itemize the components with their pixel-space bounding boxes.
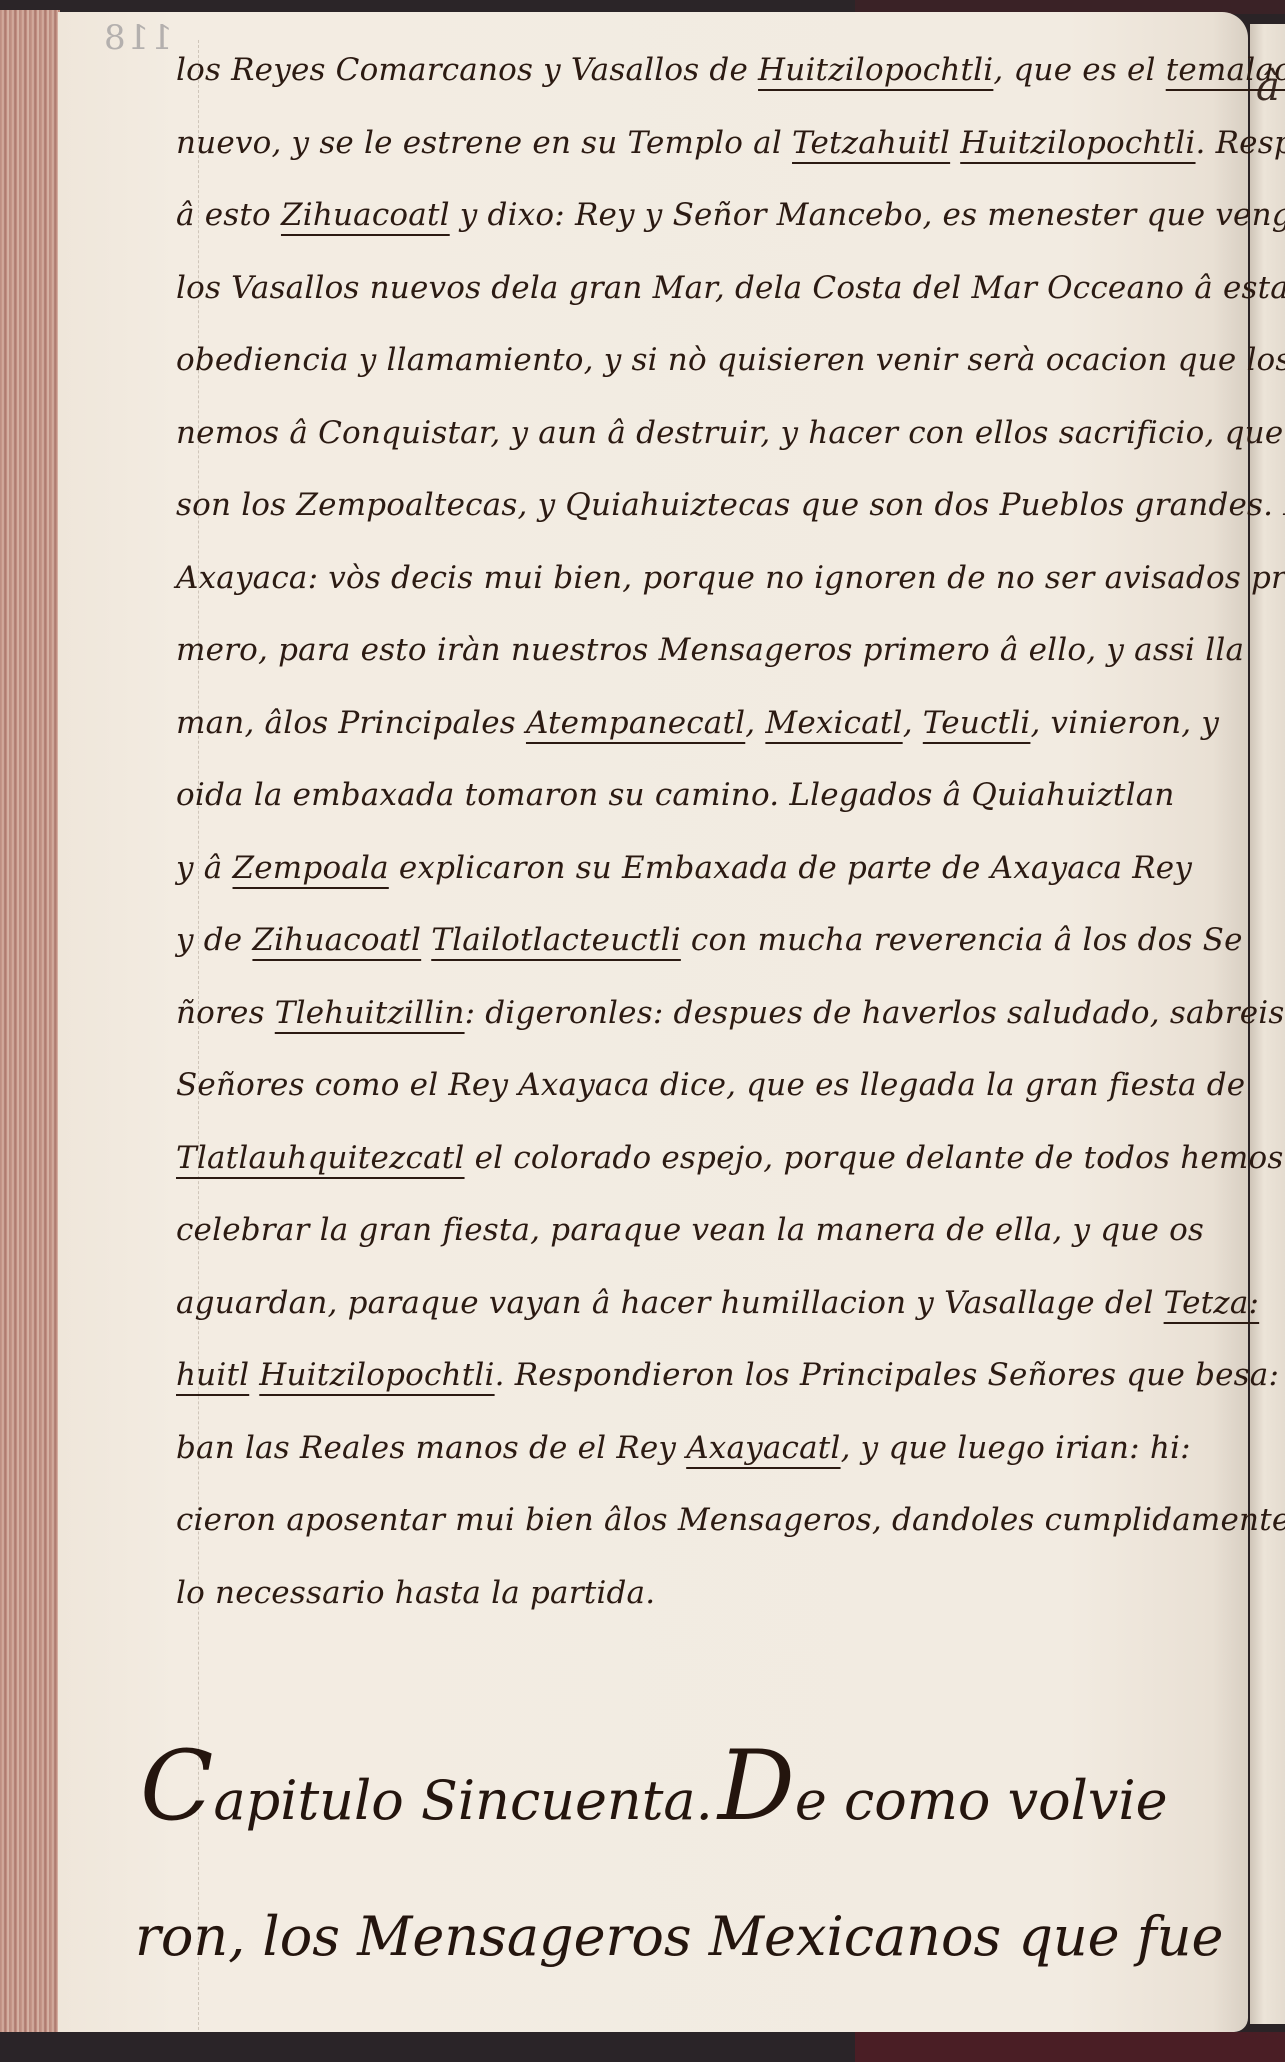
line-text: : digeronles: despues de haverlos saluda… [465,995,1285,1031]
manuscript-line: celebrar la gran fiesta, paraque vean la… [176,1212,1204,1248]
manuscript-line: nuevo, y se le estrene en su Templo al T… [176,125,1285,161]
line-text: . Respondieron los Principales Señores q… [495,1357,1279,1393]
manuscript-line: obediencia y llamamiento, y si nò quisie… [176,342,1285,378]
manuscript-line: â esto Zihuacoatl y dixo: Rey y Señor Ma… [176,197,1285,233]
line-text: , [903,705,923,741]
underlined-name: Atempanecatl [526,705,745,741]
line-text: ban las Reales manos de el Rey [176,1430,686,1466]
underlined-name: Axayacatl [686,1430,840,1466]
line-text: los Reyes Comarcanos y Vasallos de [176,52,758,88]
line-text: el colorado espejo, porque delante de to… [465,1140,1285,1176]
heading-initial-d: D [718,1730,795,1842]
line-text: con mucha reverencia â los dos Se [681,922,1243,958]
line-text [950,125,960,161]
line-text: mero, para esto iràn nuestros Mensageros… [176,632,1244,668]
manuscript-line: Tlatlauhquitezcatl el colorado espejo, p… [176,1140,1285,1176]
underlined-name: Huitzilopochtli [259,1357,494,1393]
underlined-name: Mexicatl [765,705,902,741]
manuscript-line: aguardan, paraque vayan â hacer humillac… [176,1285,1259,1321]
underlined-name: Zihuacoatl [252,922,421,958]
line-text: â esto [176,197,281,233]
manuscript-line: son los Zempoaltecas, y Quiahuiztecas qu… [176,487,1285,523]
underlined-name: Tetzahuitl [792,125,950,161]
manuscript-line: lo necessario hasta la partida. [176,1575,655,1611]
manuscript-line: nemos â Conquistar, y aun â destruir, y … [176,415,1283,451]
chapter-heading-line-1: Capitulo Sincuenta. De como volvie [140,1730,1168,1842]
line-text: , vinieron, y [1030,705,1219,741]
manuscript-line: ban las Reales manos de el Rey Axayacatl… [176,1430,1191,1466]
line-text: , que es el [993,52,1165,88]
line-text: y de [176,922,252,958]
line-text: nemos â Conquistar, y aun â destruir, y … [176,415,1283,451]
line-text: Señores como el Rey Axayaca dice, que es… [176,1067,1245,1103]
underlined-name: Tlehuitzillin [275,995,465,1031]
line-text: celebrar la gran fiesta, paraque vean la… [176,1212,1204,1248]
manuscript-line: los Vasallos nuevos dela gran Mar, dela … [176,270,1285,306]
underlined-name: Huitzilopochtli [960,125,1195,161]
underlined-name: Teuctli [923,705,1031,741]
underlined-name: temalacatl [1166,52,1285,88]
line-text: Axayaca: vòs decis mui bien, porque no i… [176,560,1285,596]
line-text: man, âlos Principales [176,705,526,741]
book-page-edges [0,10,60,2040]
line-text: son los Zempoaltecas, y Quiahuiztecas qu… [176,487,1285,523]
line-text: los Vasallos nuevos dela gran Mar, dela … [176,270,1285,306]
underlined-name: Zempoala [233,850,389,886]
manuscript-line: oida la embaxada tomaron su camino. Lleg… [176,777,1175,813]
line-text: y â [176,850,233,886]
line-text: , y que luego irian: hi: [841,1430,1191,1466]
underlined-name: Tlatlauhquitezcatl [176,1140,465,1176]
line-text: explicaron su Embaxada de parte de Axaya… [389,850,1192,886]
line-text: ñores [176,995,275,1031]
heading-initial-c: C [140,1730,213,1842]
heading-text-1: apitulo Sincuenta. [213,1769,712,1832]
line-text: oida la embaxada tomaron su camino. Lleg… [176,777,1175,813]
underlined-name: Zihuacoatl [281,197,450,233]
line-text: , [745,705,765,741]
manuscript-line: Señores como el Rey Axayaca dice, que es… [176,1067,1245,1103]
underlined-name: Tetza: [1164,1285,1260,1321]
line-text [249,1357,259,1393]
book-bottom-edge [0,2032,1285,2062]
manuscript-line: huitl Huitzilopochtli. Respondieron los … [176,1357,1279,1393]
manuscript-line: y de Zihuacoatl Tlailotlacteuctli con mu… [176,922,1243,958]
chapter-heading-line-2: ron, los Mensageros Mexicanos que fue [135,1905,1224,1968]
manuscript-line: mero, para esto iràn nuestros Mensageros… [176,632,1244,668]
line-text: . Respondi [1196,125,1285,161]
manuscript-line: cieron aposentar mui bien âlos Mensagero… [176,1502,1285,1538]
underlined-name: huitl [176,1357,249,1393]
line-text: obediencia y llamamiento, y si nò quisie… [176,342,1285,378]
folio-number: 118 [102,18,173,58]
heading-text-3: ron, los Mensageros Mexicanos que fue [135,1905,1224,1968]
line-text [421,922,431,958]
manuscript-line: Axayaca: vòs decis mui bien, porque no i… [176,560,1285,596]
line-text: cieron aposentar mui bien âlos Mensagero… [176,1502,1285,1538]
line-text: y dixo: Rey y Señor Mancebo, es menester… [450,197,1285,233]
manuscript-line: ñores Tlehuitzillin: digeronles: despues… [176,995,1285,1031]
manuscript-line: los Reyes Comarcanos y Vasallos de Huitz… [176,52,1285,88]
underlined-name: Huitzilopochtli [758,52,993,88]
underlined-name: Tlailotlacteuctli [431,922,681,958]
line-text: aguardan, paraque vayan â hacer humillac… [176,1285,1164,1321]
heading-text-2: e como volvie [795,1769,1168,1832]
line-text: nuevo, y se le estrene en su Templo al [176,125,792,161]
manuscript-line: man, âlos Principales Atempanecatl, Mexi… [176,705,1219,741]
manuscript-line: y â Zempoala explicaron su Embaxada de p… [176,850,1192,886]
line-text: lo necessario hasta la partida. [176,1575,655,1611]
